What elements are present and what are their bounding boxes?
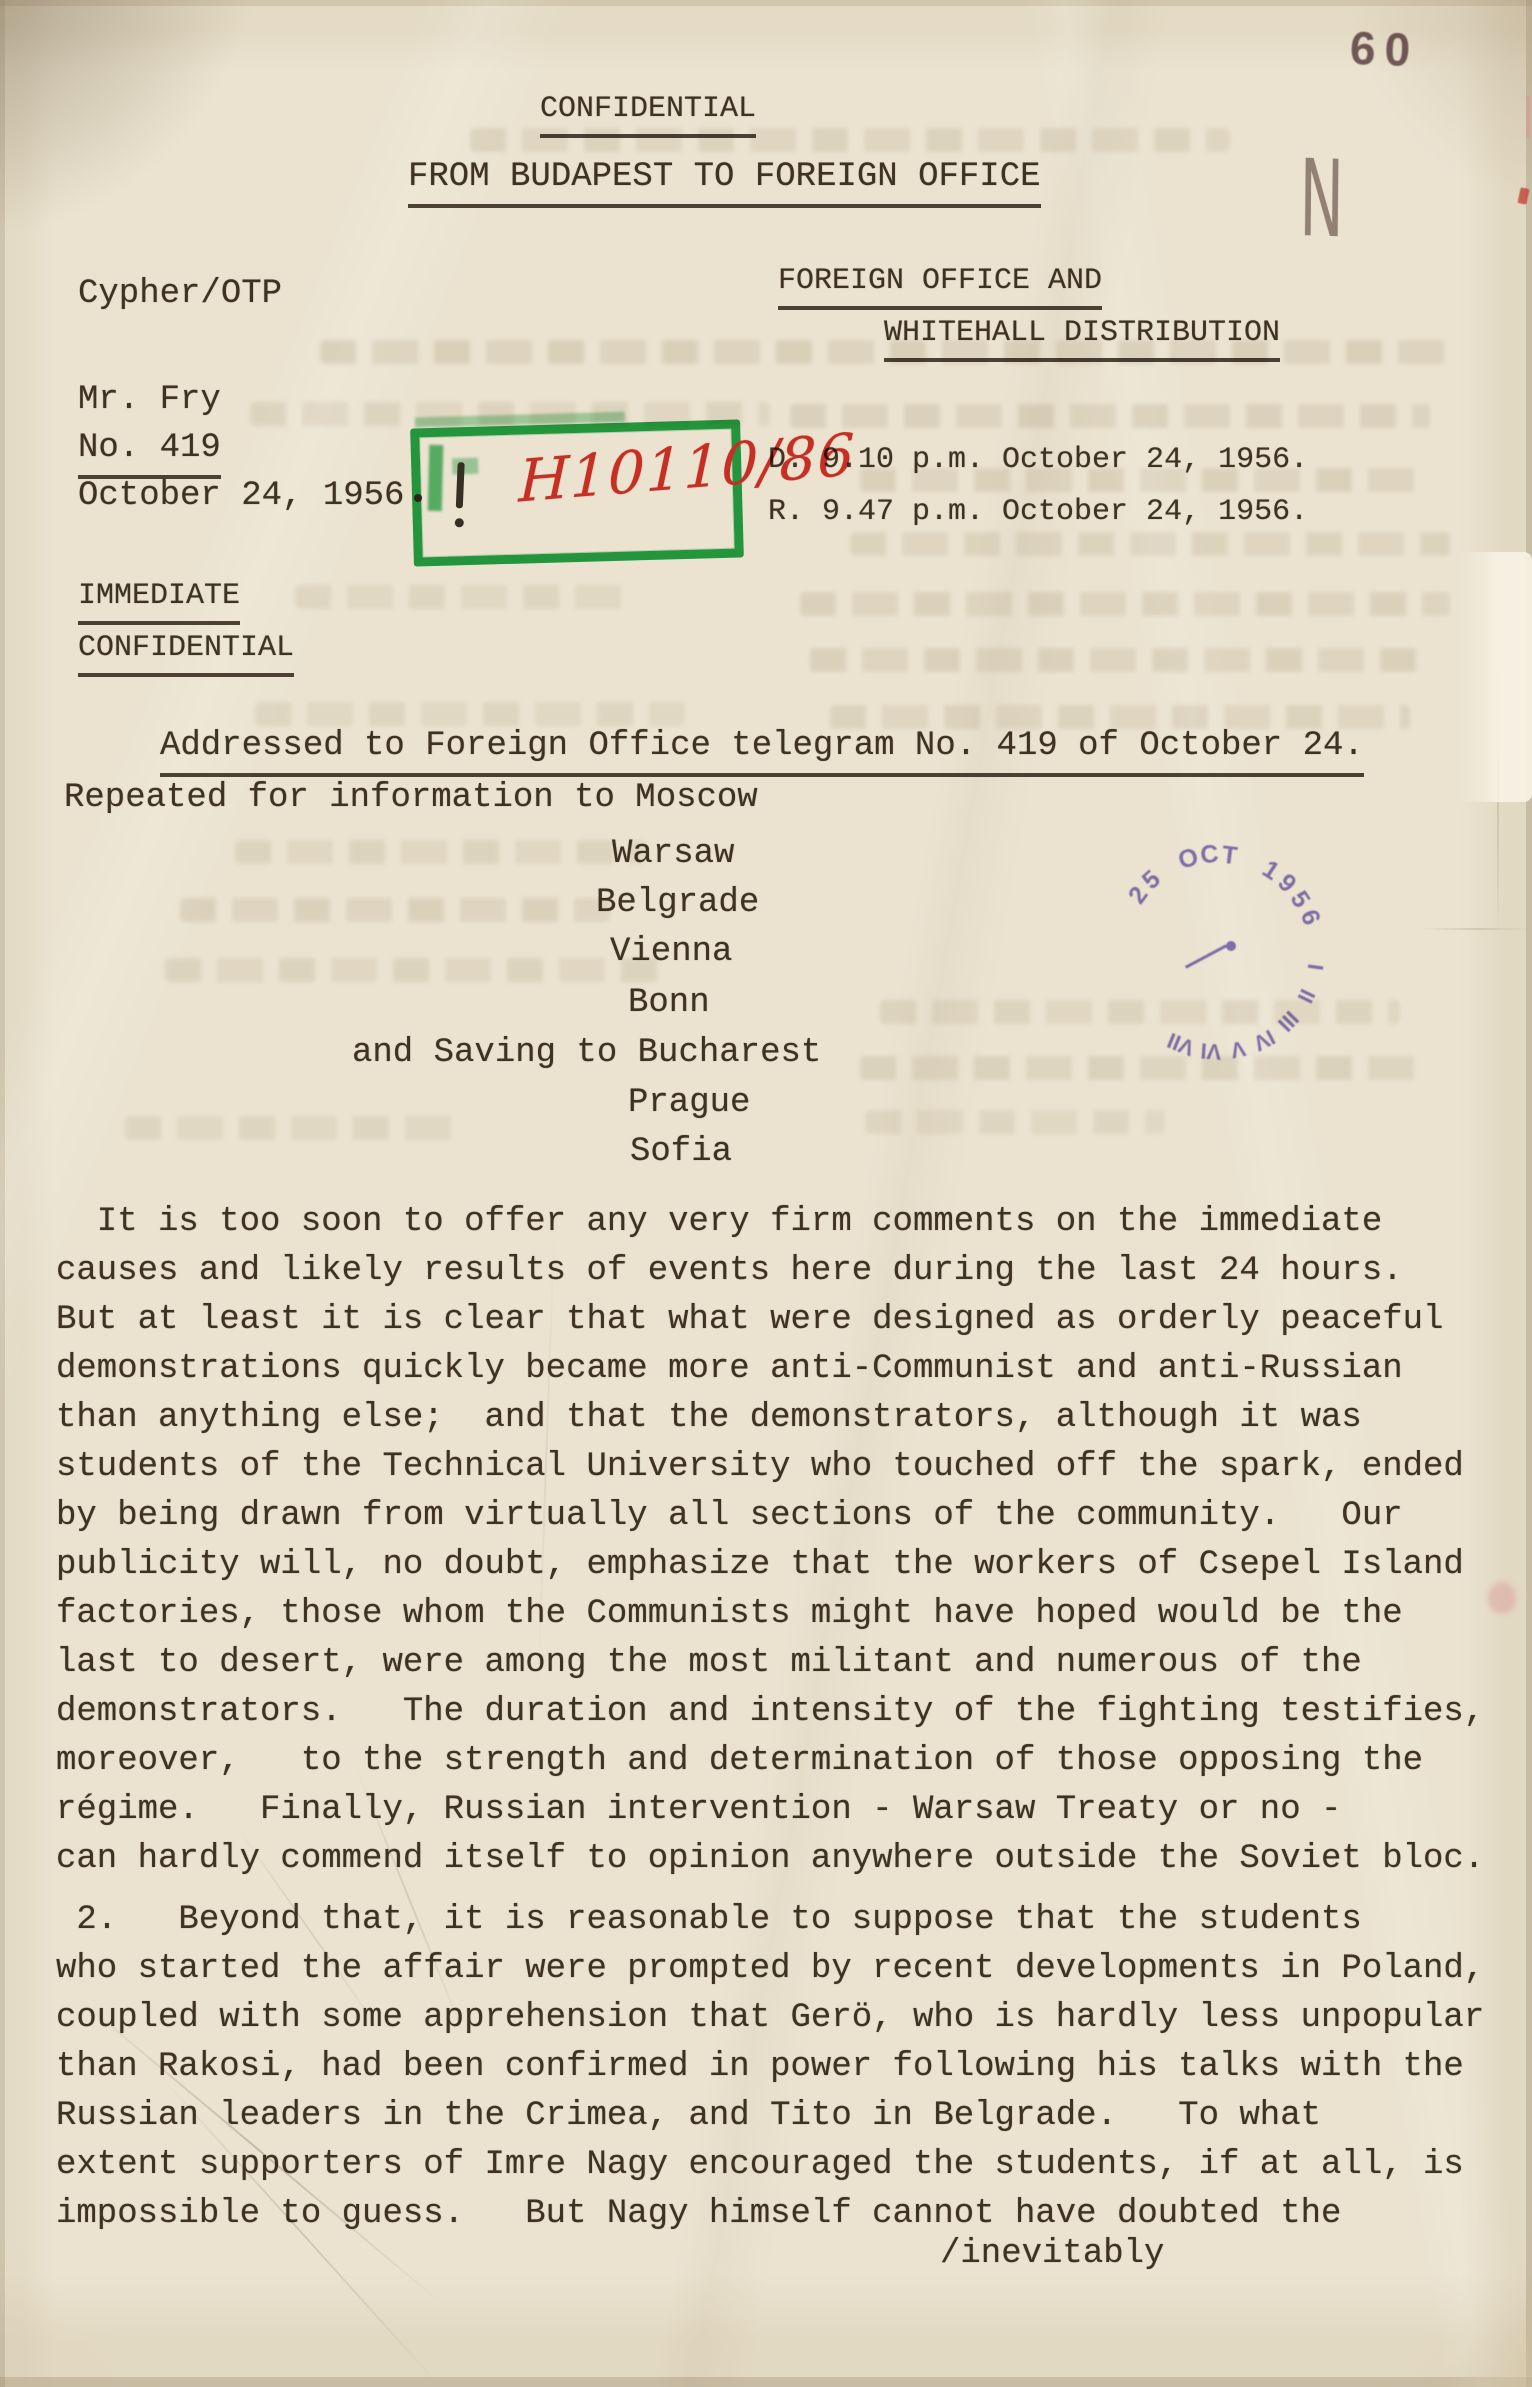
distribution-header-line1: FOREIGN OFFICE AND xyxy=(778,258,1102,310)
folio-number: 60 xyxy=(1349,21,1420,77)
distribution-city: Prague xyxy=(628,1079,750,1128)
pink-smudge xyxy=(1488,1582,1516,1614)
stamp-numeral: IV xyxy=(1249,1024,1280,1057)
distribution-city: Belgrade xyxy=(596,879,759,928)
route-header: FROM BUDAPEST TO FOREIGN OFFICE xyxy=(408,153,1041,208)
ghost-text-line xyxy=(235,840,645,864)
receipt-time: R. 9.47 p.m. October 24, 1956. xyxy=(768,489,1308,535)
telegram-date: October 24, 1956 xyxy=(78,472,404,521)
ghost-text-line xyxy=(850,532,1450,556)
ghost-text-line xyxy=(165,958,665,982)
stamp-numeral: II xyxy=(1292,985,1321,1007)
ghost-text-line xyxy=(790,404,1430,428)
stamp-month-letter: C xyxy=(1199,840,1221,871)
stamp-numeral: VI xyxy=(1200,1037,1223,1064)
telegram-number: No. 419 xyxy=(78,424,221,479)
stamp-month-letter: T xyxy=(1220,841,1240,872)
registry-stamp-box: H10110/86 xyxy=(410,419,744,566)
distribution-city: Sofia xyxy=(630,1128,732,1177)
ghost-text-line xyxy=(800,592,1450,616)
ghost-text-line xyxy=(125,1116,455,1140)
stamp-center-mark xyxy=(1226,941,1236,951)
stamp-numeral: V xyxy=(1228,1035,1248,1063)
ink-speck xyxy=(414,494,422,502)
repeated-line: Repeated for information to Moscow xyxy=(64,774,758,823)
red-edge-mark xyxy=(1526,96,1530,138)
corner-fold xyxy=(1400,2280,1532,2387)
stamp-smudge xyxy=(452,458,478,475)
ghost-text-line xyxy=(295,585,625,609)
continuation-marker: /inevitably xyxy=(940,2230,1164,2279)
sender-name: Mr. Fry xyxy=(78,376,221,425)
cypher-label: Cypher/OTP xyxy=(78,270,282,319)
stamp-numeral: III xyxy=(1272,1005,1303,1036)
stamp-center-mark xyxy=(1185,944,1227,968)
saving-line: and Saving to Bucharest xyxy=(352,1029,821,1078)
addressed-line: Addressed to Foreign Office telegram No.… xyxy=(160,722,1364,777)
ghost-text-line xyxy=(810,648,1430,672)
date-received-stamp: 2 5 O C T 1 9 5 6 I II III IV V VI VII xyxy=(1088,823,1348,1083)
security-marking: CONFIDENTIAL xyxy=(78,625,294,677)
ink-mark xyxy=(455,518,464,527)
distribution-header-line2: WHITEHALL DISTRIBUTION xyxy=(884,310,1280,362)
stamp-numeral: I xyxy=(1302,962,1329,972)
classification-header: CONFIDENTIAL xyxy=(540,86,756,138)
distribution-city: Vienna xyxy=(610,928,732,977)
pencil-mark: N xyxy=(1299,146,1344,253)
crease-mark xyxy=(1420,928,1530,930)
torn-edge-patch xyxy=(1458,552,1532,802)
body-paragraph-1: It is too soon to offer any very firm co… xyxy=(56,1198,1484,1884)
stamp-smudge xyxy=(428,445,444,511)
ghost-text-line xyxy=(865,1110,1165,1134)
ghost-text-line xyxy=(180,898,610,922)
ink-mark xyxy=(456,462,465,508)
distribution-city: Warsaw xyxy=(612,830,734,879)
body-paragraph-2: 2. Beyond that, it is reasonable to supp… xyxy=(56,1896,1484,2239)
stamp-numeral: VII xyxy=(1164,1027,1199,1061)
distribution-city: Bonn xyxy=(628,979,710,1028)
priority-marking: IMMEDIATE xyxy=(78,573,240,625)
document-page: 60 N CONFIDENTIAL FROM BUDAPEST TO FOREI… xyxy=(0,0,1532,2387)
